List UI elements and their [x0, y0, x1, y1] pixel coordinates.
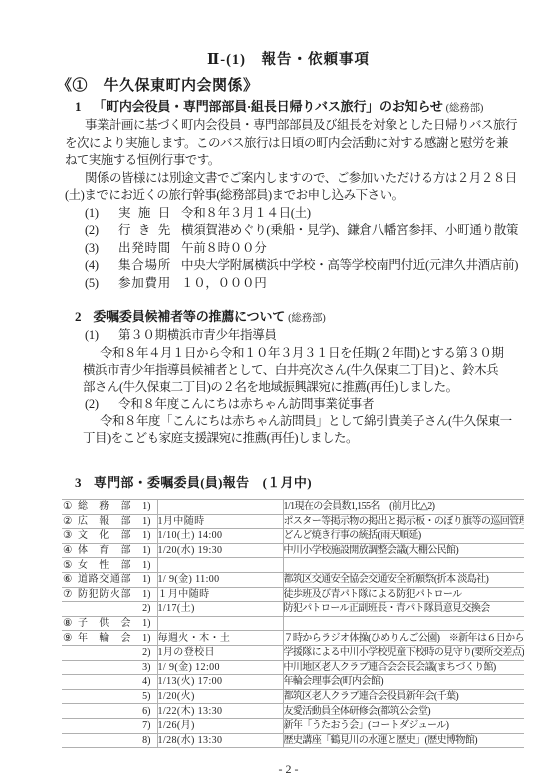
- paragraph-line: 令和８年４月１日から令和１０年３月３１日を任期(２年間)とする第３０期: [83, 345, 520, 362]
- row-circled-number: ②: [63, 515, 78, 528]
- row-item-number: 7): [138, 719, 151, 732]
- item-number: (4): [85, 257, 118, 275]
- report-table: ①総務部1)1/1現在の会員数1,155名 (前月比△2)②広報部1)1月中随時…: [62, 499, 524, 748]
- sub-item-body: 令和８年度「こんにちは赤ちゃん訪問員」として綿引貴美子さん(牛久保東一 丁目)を…: [83, 413, 520, 447]
- paragraph-line: (土)までにお近くの旅行幹事(総務部員)までお申し込み下さい。: [65, 187, 520, 205]
- group-heading: 《① 牛久保東町内会関係》: [57, 75, 520, 97]
- item-value: 横須賀港めぐり(乗船・見学)、鎌倉八幡宮参拝、小町通り散策: [181, 222, 518, 240]
- document-page: Ⅱ-(1) 報告・依頼事項 《① 牛久保東町内会関係》 1「町内会役員・専門部部…: [0, 0, 549, 776]
- row-dept-name: 広報部: [78, 515, 138, 528]
- item-number: (5): [85, 275, 118, 293]
- table-row: 4)1/13(火) 17:00年輪会理事会(町内会館): [62, 675, 524, 690]
- date-cell: [157, 558, 283, 573]
- description-cell: 中川地区老人クラブ連合会会長会議(まちづくり館): [283, 660, 524, 675]
- row-dept-name: 防犯防火部: [78, 588, 138, 601]
- description-cell: 学援隊による中川小学校児童下校時の見守り(要所交差点): [283, 645, 524, 660]
- section2-dept-label: (総務部): [288, 313, 326, 324]
- table-row: 7)1/26(月)新年「うたおう会」(コートダジュール): [62, 718, 524, 733]
- paragraph-line: 事業計画に基づく町内会役員・専門部部員及び組長を対象とした日帰りバス旅行: [65, 117, 520, 135]
- row-item-number: 1): [138, 559, 151, 572]
- table-row: ⑥道路交通部1)1/ 9(金) 11:00都筑区交通安全協会交通安全祈願祭(折本…: [62, 572, 524, 587]
- section-2: 2委嘱委員候補者等の推薦について(総務部) (1)第３０期横浜市青少年指導員 令…: [57, 307, 520, 447]
- section1-paragraph-2: 関係の皆様には別途文書でご案内しますので、ご参加いただける方は２月２８日 (土)…: [65, 170, 520, 205]
- description-cell: 都筑区交通安全協会交通安全祈願祭(折本 淡島社): [283, 572, 524, 587]
- sub-item-heading: (1)第３０期横浜市青少年指導員: [85, 327, 520, 345]
- item-label: 参加費用: [118, 275, 170, 293]
- section2-heading: 2委嘱委員候補者等の推薦について(総務部): [75, 307, 520, 327]
- date-cell: １月中随時: [157, 587, 283, 602]
- section2-number: 2: [75, 309, 81, 324]
- item-label: 実施日: [118, 205, 170, 223]
- section1-heading-text: 「町内会役員・専門部部員·組長日帰りバス旅行」のお知らせ: [93, 99, 442, 114]
- item-value: １０，０００円: [181, 275, 266, 293]
- table-row: 2)1/17(土)防犯パトロール正副班長・青パト隊員意見交換会: [62, 602, 524, 617]
- row-dept-name: 総務部: [78, 500, 138, 513]
- row-dept-name: 女性部: [78, 559, 138, 572]
- date-cell: [157, 500, 283, 515]
- item-title: 令和８年度こんにちは赤ちゃん訪問事業従事者: [118, 396, 374, 414]
- section-1: 1「町内会役員・専門部部員·組長日帰りバス旅行」のお知らせ(総務部) 事業計画に…: [57, 97, 520, 292]
- date-cell: 1/22(木) 13:30: [157, 704, 283, 719]
- table-row: 8)1/28(水) 13:30歴史講座「鶴見川の水運と歴史」(歴史博物館): [62, 733, 524, 748]
- date-cell: 1/10(土) 14:00: [157, 529, 283, 544]
- section1-detail-list: (1)実施日令和８年３月１４日(土) (2)行き先横須賀港めぐり(乗船・見学)、…: [85, 205, 520, 293]
- row-circled-number: ⑥: [63, 573, 78, 586]
- report-table-body: ①総務部1)1/1現在の会員数1,155名 (前月比△2)②広報部1)1月中随時…: [62, 500, 524, 748]
- row-item-number: 1): [138, 617, 151, 630]
- row-item-number: 3): [138, 661, 151, 674]
- section1-number: 1: [75, 99, 81, 114]
- dept-cell: ⑥道路交通部1): [62, 572, 157, 587]
- paragraph-line: 横浜市青少年指導員候補者として、白井亮次さん(牛久保東二丁目)と、鈴木兵: [83, 362, 520, 379]
- row-dept-name: 子供会: [78, 617, 138, 630]
- list-item: (1)実施日令和８年３月１４日(土): [85, 205, 520, 223]
- dept-cell: ②広報部1): [62, 514, 157, 529]
- table-row: 6)1/22(木) 13:30友愛活動員全体研修会(都筑公会堂): [62, 704, 524, 719]
- date-cell: 1/ 9(金) 12:00: [157, 660, 283, 675]
- paragraph-line: ねて実施する恒例行事です。: [65, 152, 520, 170]
- dept-cell: ④体育部1): [62, 543, 157, 558]
- table-row: ⑤女性部1): [62, 558, 524, 573]
- description-cell: 中川小学校施設開放調整会議(大棚公民館): [283, 543, 524, 558]
- section3-heading: 3専門部・委嘱委員(員)報告 (１月中): [75, 473, 520, 493]
- dept-cell: 4): [62, 675, 157, 690]
- section2-item-2: (2)令和８年度こんにちは赤ちゃん訪問事業従事者 令和８年度「こんにちは赤ちゃん…: [57, 396, 520, 448]
- table-row: ②広報部1)1月中随時ポスター等掲示物の掲出と掲示板・のぼり旗等の巡回管理: [62, 514, 524, 529]
- paragraph-line: 令和８年度「こんにちは赤ちゃん訪問員」として綿引貴美子さん(牛久保東一: [83, 413, 520, 430]
- row-circled-number: ⑤: [63, 559, 78, 572]
- row-circled-number: ④: [63, 544, 78, 557]
- description-cell: 友愛活動員全体研修会(都筑公会堂): [283, 704, 524, 719]
- description-cell: 歴史講座「鶴見川の水運と歴史」(歴史博物館): [283, 733, 524, 748]
- item-value: 午前８時００分: [181, 240, 266, 258]
- date-cell: 1/20(水) 19:30: [157, 543, 283, 558]
- table-row: ⑧子供会1): [62, 616, 524, 631]
- page-title: Ⅱ-(1) 報告・依頼事項: [57, 50, 520, 70]
- date-cell: 1/20(火): [157, 689, 283, 704]
- paragraph-line: を次により実施します。このバス旅行は日頃の町内会活動に対する感謝と慰労を兼: [65, 135, 520, 153]
- table-row: ④体育部1)1/20(水) 19:30中川小学校施設開放調整会議(大棚公民館): [62, 543, 524, 558]
- table-row: ③文化部1)1/10(土) 14:00どんど焼き行事の統括(雨天順延): [62, 529, 524, 544]
- dept-cell: ③文化部1): [62, 529, 157, 544]
- description-cell: 防犯パトロール正副班長・青パト隊員意見交換会: [283, 602, 524, 617]
- section3-number: 3: [75, 475, 82, 490]
- date-cell: [157, 616, 283, 631]
- paragraph-line: 部さん(牛久保東二丁目)の２名を地域振興課宛に推薦(再任)しました。: [83, 379, 520, 396]
- item-label: 集合場所: [118, 257, 170, 275]
- list-item: (5)参加費用１０，０００円: [85, 275, 520, 293]
- date-cell: 1/ 9(金) 11:00: [157, 572, 283, 587]
- row-circled-number: ⑦: [63, 588, 78, 601]
- row-item-number: 6): [138, 705, 151, 718]
- page-number: - 2 -: [57, 761, 520, 776]
- date-cell: 毎週火・木・土: [157, 631, 283, 646]
- row-item-number: 1): [138, 500, 151, 513]
- row-item-number: 1): [138, 588, 151, 601]
- section-3: 3専門部・委嘱委員(員)報告 (１月中) ①総務部1)1/1現在の会員数1,15…: [57, 473, 520, 748]
- description-cell: 新年「うたおう会」(コートダジュール): [283, 718, 524, 733]
- table-row: ⑦防犯防火部1)１月中随時徒歩班及び青パト隊による防犯パトロール: [62, 587, 524, 602]
- paragraph-line: 丁目)をこども家庭支援課宛に推薦(再任)しました。: [83, 430, 520, 447]
- row-dept-name: 文化部: [78, 529, 138, 542]
- item-value: 中央大学附属横浜中学校・高等学校南門付近(元津久井酒店前): [181, 257, 518, 275]
- list-item: (3)出発時間午前８時００分: [85, 240, 520, 258]
- item-number: (2): [85, 396, 118, 414]
- description-cell: [283, 616, 524, 631]
- dept-cell: ①総務部1): [62, 500, 157, 515]
- dept-cell: 7): [62, 718, 157, 733]
- row-item-number: 4): [138, 675, 151, 688]
- section3-heading-text: 専門部・委嘱委員(員)報告 (１月中): [94, 475, 312, 490]
- dept-cell: 8): [62, 733, 157, 748]
- item-number: (3): [85, 240, 118, 258]
- section1-dept-label: (総務部): [446, 103, 484, 114]
- dept-cell: ⑦防犯防火部1): [62, 587, 157, 602]
- row-circled-number: ⑨: [63, 632, 78, 645]
- item-number: (2): [85, 222, 118, 240]
- row-circled-number: ①: [63, 500, 78, 513]
- description-cell: 1/1現在の会員数1,155名 (前月比△2): [283, 500, 524, 515]
- dept-cell: 5): [62, 689, 157, 704]
- description-cell: 都筑区老人クラブ連合会役員新年会(千葉): [283, 689, 524, 704]
- table-row: ⑨年輪会1)毎週火・木・土７時からラジオ体操(ひめりんご公園) ※新年は６日から…: [62, 631, 524, 646]
- row-circled-number: ⑧: [63, 617, 78, 630]
- list-item: (2)行き先横須賀港めぐり(乗船・見学)、鎌倉八幡宮参拝、小町通り散策: [85, 222, 520, 240]
- row-item-number: 5): [138, 690, 151, 703]
- section1-paragraph-1: 事業計画に基づく町内会役員・専門部部員及び組長を対象とした日帰りバス旅行 を次に…: [65, 117, 520, 170]
- list-item: (4)集合場所中央大学附属横浜中学校・高等学校南門付近(元津久井酒店前): [85, 257, 520, 275]
- paragraph-line: 関係の皆様には別途文書でご案内しますので、ご参加いただける方は２月２８日: [65, 170, 520, 188]
- row-item-number: 1): [138, 544, 151, 557]
- row-dept-name: 年輪会: [78, 632, 138, 645]
- item-title: 第３０期横浜市青少年指導員: [118, 327, 277, 345]
- table-row: 5)1/20(火)都筑区老人クラブ連合会役員新年会(千葉): [62, 689, 524, 704]
- section2-heading-text: 委嘱委員候補者等の推薦について: [93, 309, 285, 324]
- description-cell: ７時からラジオ体操(ひめりんご公園) ※新年は６日から実施: [283, 631, 524, 646]
- description-cell: ポスター等掲示物の掲出と掲示板・のぼり旗等の巡回管理: [283, 514, 524, 529]
- dept-cell: 3): [62, 660, 157, 675]
- table-row: ①総務部1)1/1現在の会員数1,155名 (前月比△2): [62, 500, 524, 515]
- date-cell: 1/26(月): [157, 718, 283, 733]
- row-dept-name: 道路交通部: [78, 573, 138, 586]
- row-item-number: 1): [138, 529, 151, 542]
- description-cell: どんど焼き行事の統括(雨天順延): [283, 529, 524, 544]
- dept-cell: ⑧子供会1): [62, 616, 157, 631]
- row-dept-name: 体育部: [78, 544, 138, 557]
- dept-cell: 2): [62, 602, 157, 617]
- dept-cell: ⑨年輪会1): [62, 631, 157, 646]
- row-item-number: 2): [138, 646, 151, 659]
- sub-item-body: 令和８年４月１日から令和１０年３月３１日を任期(２年間)とする第３０期 横浜市青…: [83, 345, 520, 396]
- description-cell: 年輪会理事会(町内会館): [283, 675, 524, 690]
- row-item-number: 1): [138, 632, 151, 645]
- date-cell: 1/13(火) 17:00: [157, 675, 283, 690]
- item-value: 令和８年３月１４日(土): [181, 205, 311, 223]
- date-cell: 1/28(水) 13:30: [157, 733, 283, 748]
- item-number: (1): [85, 327, 118, 345]
- table-row: 3)1/ 9(金) 12:00中川地区老人クラブ連合会会長会議(まちづくり館): [62, 660, 524, 675]
- dept-cell: 6): [62, 704, 157, 719]
- table-row: 2)1月の登校日学援隊による中川小学校児童下校時の見守り(要所交差点): [62, 645, 524, 660]
- row-item-number: 8): [138, 734, 151, 747]
- item-label: 行き先: [118, 222, 170, 240]
- row-item-number: 1): [138, 515, 151, 528]
- section1-heading: 1「町内会役員・専門部部員·組長日帰りバス旅行」のお知らせ(総務部): [75, 97, 520, 117]
- description-cell: [283, 558, 524, 573]
- item-label: 出発時間: [118, 240, 170, 258]
- row-item-number: 2): [138, 602, 151, 615]
- description-cell: 徒歩班及び青パト隊による防犯パトロール: [283, 587, 524, 602]
- date-cell: 1/17(土): [157, 602, 283, 617]
- date-cell: 1月の登校日: [157, 645, 283, 660]
- row-item-number: 1): [138, 573, 151, 586]
- date-cell: 1月中随時: [157, 514, 283, 529]
- dept-cell: 2): [62, 645, 157, 660]
- sub-item-heading: (2)令和８年度こんにちは赤ちゃん訪問事業従事者: [85, 396, 520, 414]
- section2-item-1: (1)第３０期横浜市青少年指導員 令和８年４月１日から令和１０年３月３１日を任期…: [57, 327, 520, 396]
- item-number: (1): [85, 205, 118, 223]
- dept-cell: ⑤女性部1): [62, 558, 157, 573]
- row-circled-number: ③: [63, 529, 78, 542]
